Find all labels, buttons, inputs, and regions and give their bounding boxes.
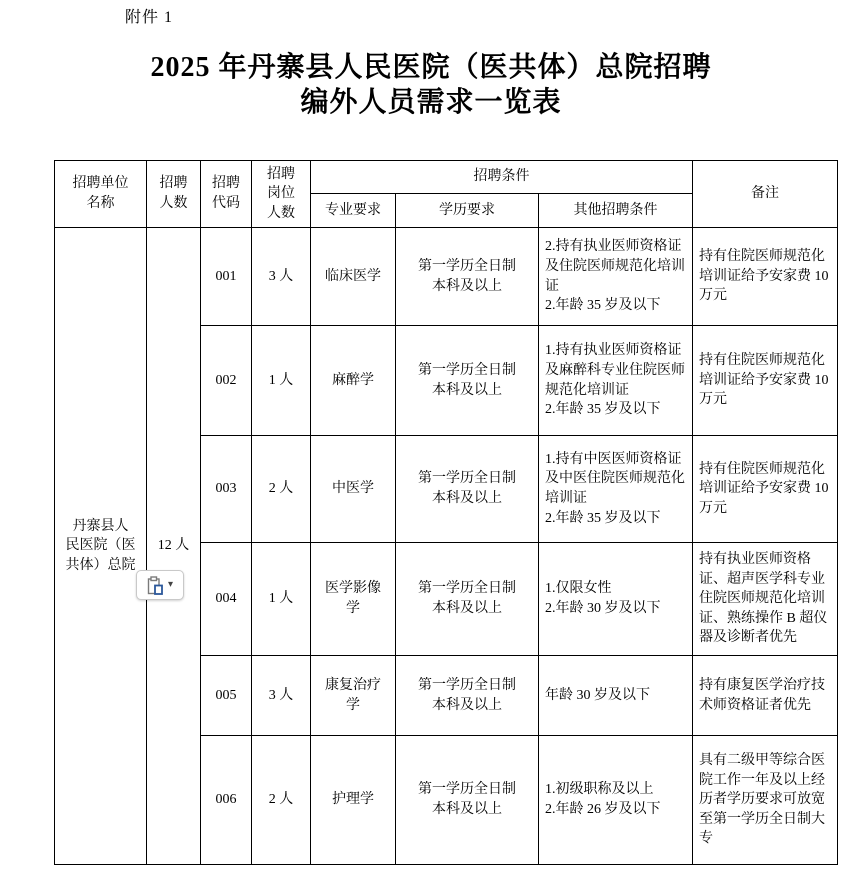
cell-education: 第一学历全日制 本科及以上 (396, 543, 539, 656)
cell-remark: 持有住院医师规范化培训证给予安家费 10 万元 (693, 436, 838, 543)
cell-education: 第一学历全日制 本科及以上 (396, 736, 539, 865)
header-recruit-code: 招聘 代码 (201, 161, 252, 228)
header-other-conditions: 其他招聘条件 (539, 194, 693, 228)
condition-item: 2.年龄 26 岁及以下 (545, 800, 686, 820)
header-row-1: 招聘单位 名称 招聘 人数 招聘 代码 招聘 岗位 人数 招聘条件 备注 (55, 161, 838, 194)
condition-item: 2.年龄 35 岁及以下 (545, 400, 686, 420)
cell-major: 中医学 (311, 436, 396, 543)
cell-unit-total: 12 人 (147, 228, 201, 865)
condition-item: 2.持有执业医师资格证及住院医师规范化培训证 (545, 237, 686, 296)
paste-options-button[interactable]: ▾ (136, 570, 184, 600)
cell-education: 第一学历全日制 本科及以上 (396, 228, 539, 326)
cell-major: 康复治疗 学 (311, 656, 396, 736)
cell-major: 护理学 (311, 736, 396, 865)
cell-other-conditions: 1.初级职称及以上 2.年龄 26 岁及以下 (539, 736, 693, 865)
cell-major: 麻醉学 (311, 326, 396, 436)
table-row: 丹寨县人 民医院（医 共体）总院 12 人 001 3 人 临床医学 第一学历全… (55, 228, 838, 326)
cell-remark: 持有住院医师规范化培训证给予安家费 10 万元 (693, 228, 838, 326)
header-recruit-count: 招聘 人数 (147, 161, 201, 228)
condition-item: 1.持有中医医师资格证及中医住院医师规范化培训证 (545, 450, 686, 509)
cell-other-conditions: 1.持有执业医师资格证及麻醉科专业住院医师规范化培训证 2.年龄 35 岁及以下 (539, 326, 693, 436)
cell-code: 006 (201, 736, 252, 865)
cell-remark: 持有康复医学治疗技术师资格证者优先 (693, 656, 838, 736)
cell-post-count: 2 人 (252, 436, 311, 543)
page-title: 2025 年丹寨县人民医院（医共体）总院招聘 编外人员需求一览表 (0, 50, 862, 120)
cell-other-conditions: 年龄 30 岁及以下 (539, 656, 693, 736)
cell-code: 002 (201, 326, 252, 436)
cell-code: 005 (201, 656, 252, 736)
cell-code: 001 (201, 228, 252, 326)
chevron-down-icon: ▾ (168, 580, 173, 590)
cell-post-count: 3 人 (252, 228, 311, 326)
cell-code: 004 (201, 543, 252, 656)
condition-item: 年龄 30 岁及以下 (545, 686, 686, 706)
page-title-line1: 2025 年丹寨县人民医院（医共体）总院招聘 (0, 50, 862, 85)
cell-remark: 持有执业医师资格证、超声医学科专业住院医师规范化培训证、熟练操作 B 超仪器及诊… (693, 543, 838, 656)
header-remark: 备注 (693, 161, 838, 228)
cell-unit-name: 丹寨县人 民医院（医 共体）总院 (55, 228, 147, 865)
condition-item: 2.年龄 35 岁及以下 (545, 296, 686, 316)
cell-post-count: 1 人 (252, 543, 311, 656)
header-unit-name: 招聘单位 名称 (55, 161, 147, 228)
header-post-count: 招聘 岗位 人数 (252, 161, 311, 228)
condition-item: 1.仅限女性 (545, 579, 686, 599)
cell-post-count: 2 人 (252, 736, 311, 865)
cell-education: 第一学历全日制 本科及以上 (396, 436, 539, 543)
cell-other-conditions: 1.持有中医医师资格证及中医住院医师规范化培训证 2.年龄 35 岁及以下 (539, 436, 693, 543)
clipboard-paste-icon (147, 576, 164, 595)
cell-education: 第一学历全日制 本科及以上 (396, 326, 539, 436)
cell-code: 003 (201, 436, 252, 543)
header-education: 学历要求 (396, 194, 539, 228)
cell-education: 第一学历全日制 本科及以上 (396, 656, 539, 736)
cell-major: 医学影像 学 (311, 543, 396, 656)
condition-item: 1.初级职称及以上 (545, 780, 686, 800)
cell-post-count: 1 人 (252, 326, 311, 436)
condition-item: 2.年龄 30 岁及以下 (545, 599, 686, 619)
cell-remark: 具有二级甲等综合医院工作一年及以上经历者学历要求可放宽至第一学历全日制大专 (693, 736, 838, 865)
header-major: 专业要求 (311, 194, 396, 228)
condition-item: 2.年龄 35 岁及以下 (545, 509, 686, 529)
cell-other-conditions: 2.持有执业医师资格证及住院医师规范化培训证 2.年龄 35 岁及以下 (539, 228, 693, 326)
condition-item: 1.持有执业医师资格证及麻醉科专业住院医师规范化培训证 (545, 341, 686, 400)
cell-major: 临床医学 (311, 228, 396, 326)
recruitment-table: 招聘单位 名称 招聘 人数 招聘 代码 招聘 岗位 人数 招聘条件 备注 专业要… (54, 160, 838, 865)
cell-other-conditions: 1.仅限女性 2.年龄 30 岁及以下 (539, 543, 693, 656)
attachment-label: 附件 1 (125, 4, 173, 27)
document-page: 附件 1 2025 年丹寨县人民医院（医共体）总院招聘 编外人员需求一览表 招聘… (0, 0, 862, 878)
cell-post-count: 3 人 (252, 656, 311, 736)
header-conditions: 招聘条件 (311, 161, 693, 194)
page-title-line2: 编外人员需求一览表 (0, 85, 862, 120)
cell-remark: 持有住院医师规范化培训证给予安家费 10 万元 (693, 326, 838, 436)
